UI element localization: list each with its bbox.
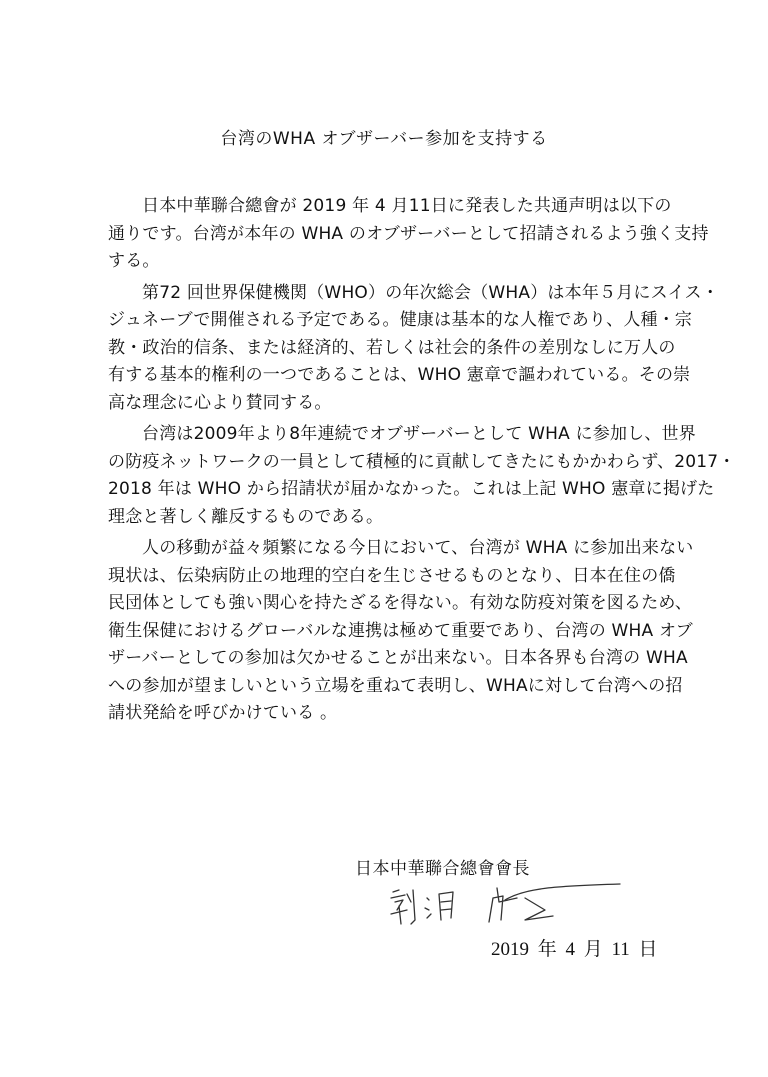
text-line: 高な理念に心より賛同する。 [108,390,656,418]
text-line: 民団体としても強い関心を持たざるを得ない。有効な防疫対策を図るため、 [108,590,656,618]
document-date: 2019 年 4 月 11 日 [491,934,658,961]
text-line: ザーバーとしての参加は欠かせることが出来ない。日本各界も台湾の WHA [108,645,656,673]
text-line: 台湾は2009年より8年連続でオブザーバーとして WHA に参加し、世界 [108,421,656,449]
text-line: の防疫ネットワークの一員として積極的に貢献してきたにもかかわらず、2017・ [108,449,656,477]
paragraph-3: 台湾は2009年より8年連続でオブザーバーとして WHA に参加し、世界 の防疫… [108,421,656,531]
text-line: 教・政治的信条、または経済的、若しくは社会的条件の差別なしに万人の [108,335,656,363]
text-line: 日本中華聯合總會が 2019 年 4 月11日に発表した共通声明は以下の [108,193,656,221]
text-line: 現状は、伝染病防止の地理的空白を生じさせるものとなり、日本在住の僑 [108,563,656,591]
paragraph-1: 日本中華聯合總會が 2019 年 4 月11日に発表した共通声明は以下の 通りで… [108,193,656,276]
text-line: ジュネーブで開催される予定である。健康は基本的な人権であり、人種・宗 [108,307,656,335]
text-line: 衛生保健におけるグローバルな連携は極めて重要であり、台湾の WHA オブ [108,618,656,646]
document-page: 台湾のWHA オブザーバー参加を支持する 日本中華聯合總會が 2019 年 4 … [0,0,768,1077]
document-body: 日本中華聯合總會が 2019 年 4 月11日に発表した共通声明は以下の 通りで… [108,193,656,728]
text-line: 人の移動が益々頻繁になる今日において、台湾が WHA に参加出来ない [108,535,656,563]
paragraph-4: 人の移動が益々頻繁になる今日において、台湾が WHA に参加出来ない 現状は、伝… [108,535,656,728]
text-line: 理念と著しく離反するものである。 [108,504,656,532]
text-line: 有する基本的権利の一つであることは、WHO 憲章で謳われている。その崇 [108,362,656,390]
paragraph-2: 第72 回世界保健機関（WHO）の年次総会（WHA）は本年５月にスイス・ ジュネ… [108,280,656,418]
signature-icon [385,880,625,930]
text-line: への参加が望ましいという立場を重ねて表明し、WHAに対して台湾への招 [108,673,656,701]
text-line: する。 [108,248,656,276]
text-line: 第72 回世界保健機関（WHO）の年次総会（WHA）は本年５月にスイス・ [108,280,656,308]
document-title: 台湾のWHA オブザーバー参加を支持する [0,124,768,149]
text-line: 請状発給を呼びかけている 。 [108,700,656,728]
signer-title: 日本中華聯合總會會長 [355,854,530,879]
text-line: 通りです。台湾が本年の WHA のオブザーバーとして招請されるよう強く支持 [108,221,656,249]
text-line: 2018 年は WHO から招請状が届かなかった。これは上記 WHO 憲章に掲げ… [108,476,656,504]
